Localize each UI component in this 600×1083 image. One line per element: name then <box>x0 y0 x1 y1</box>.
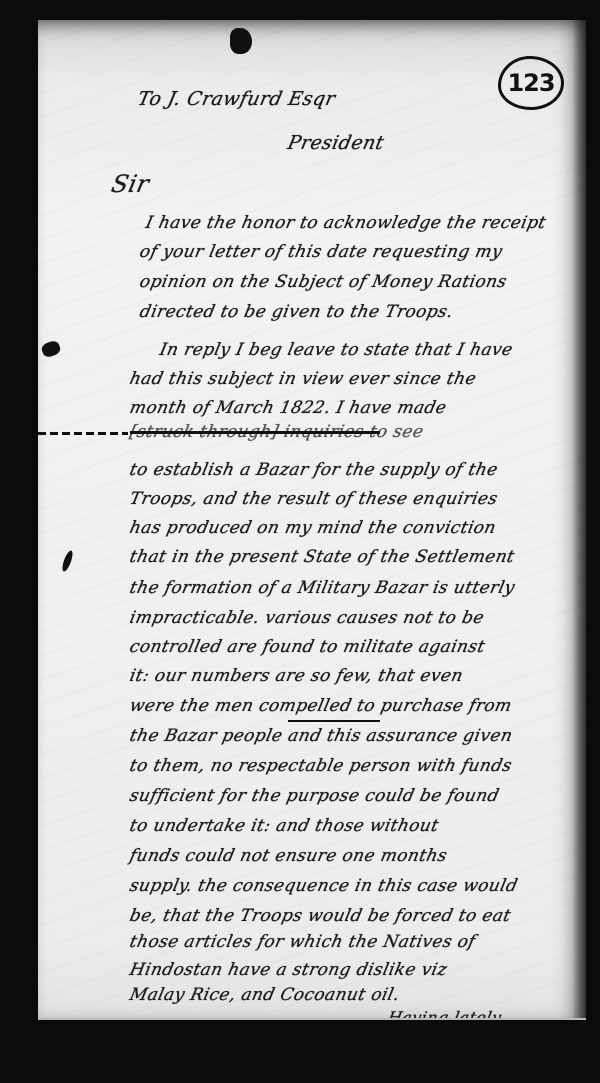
body-line: has produced on my mind the conviction <box>128 518 498 538</box>
folio-number-stamp: 123 <box>498 56 564 110</box>
body-line: I have the honor to acknowledge the rece… <box>144 213 548 233</box>
body-line: controlled are found to militate against <box>128 637 487 657</box>
folio-number: 123 <box>507 69 554 97</box>
ink-blot-top <box>230 28 252 54</box>
page-edge-shadow <box>572 20 586 1020</box>
body-line: In reply I beg leave to state that I hav… <box>158 340 515 360</box>
body-line: that in the present State of the Settlem… <box>128 547 517 567</box>
underline-mark <box>288 720 380 722</box>
addressee-title: President <box>286 132 387 154</box>
body-line: impracticable. various causes not to be <box>128 608 486 628</box>
body-line: Hindostan have a strong dislike viz <box>128 960 449 980</box>
margin-ink-mark <box>40 339 62 358</box>
scan-frame: 123 To J. Crawfurd Esqr President Sir I … <box>0 0 600 1083</box>
body-line: it: our numbers are so few, that even <box>128 666 465 686</box>
body-line: Troops, and the result of these enquirie… <box>128 489 500 509</box>
salutation: Sir <box>109 170 152 198</box>
body-line: the formation of a Military Bazar is utt… <box>128 578 517 598</box>
addressee-line: To J. Crawfurd Esqr <box>136 88 338 110</box>
manuscript-page: 123 To J. Crawfurd Esqr President Sir I … <box>38 20 586 1020</box>
body-line: of your letter of this date requesting m… <box>138 242 504 262</box>
page-bottom-edge <box>38 1018 586 1020</box>
body-line: to them, no respectable person with fund… <box>128 756 514 776</box>
body-line: Malay Rice, and Cocoanut oil. <box>128 985 402 1005</box>
body-line: had this subject in view ever since the <box>128 369 478 389</box>
body-line: were the men compelled to purchase from <box>128 696 514 716</box>
body-line: be, that the Troops would be forced to e… <box>128 906 513 926</box>
body-line: to establish a Bazar for the supply of t… <box>128 460 500 480</box>
margin-strike-line <box>38 432 128 435</box>
body-line: funds could not ensure one months <box>128 846 449 866</box>
body-line: the Bazar people and this assurance give… <box>128 726 514 746</box>
strikethrough <box>130 431 380 434</box>
body-line: those articles for which the Natives of <box>128 932 477 952</box>
body-line: opinion on the Subject of Money Rations <box>138 272 509 292</box>
body-line: month of March 1822. I have made <box>128 398 449 418</box>
margin-ink-mark <box>60 549 74 572</box>
body-line: sufficient for the purpose could be foun… <box>128 786 501 806</box>
body-line: to undertake it: and those without <box>128 816 441 836</box>
body-line: supply. the consequence in this case wou… <box>128 876 520 896</box>
body-line: directed to be given to the Troops. <box>138 302 455 322</box>
